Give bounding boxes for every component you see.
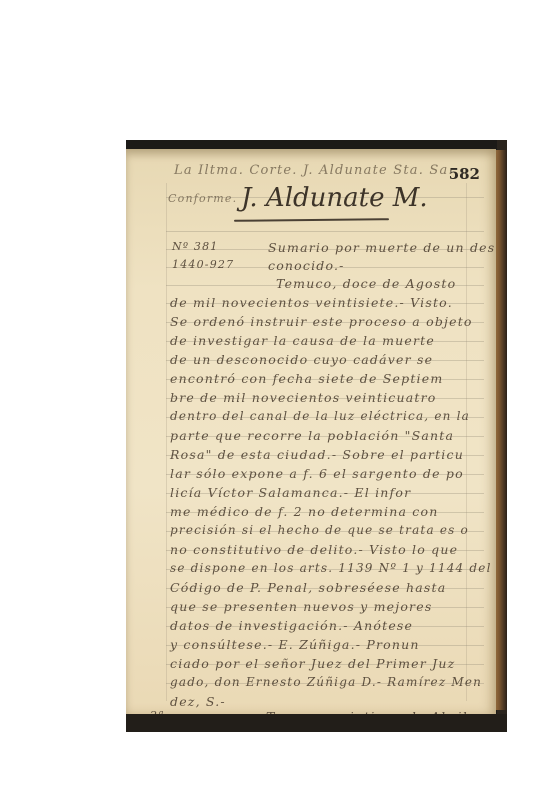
body-line: de mil novecientos veintisiete.- Visto.: [170, 295, 453, 310]
body-line: Rosa" de esta ciudad.- Sobre el particu: [170, 447, 464, 462]
body-line: conocido.-: [268, 258, 345, 273]
book-bottom-shadow: [126, 714, 507, 732]
ruled-line: [166, 231, 484, 232]
body-line: bre de mil novecientos veinticuatro: [170, 390, 437, 405]
body-line: parte que recorre la población "Santa: [170, 428, 454, 443]
margin-entry-number: Nº 381: [172, 240, 219, 253]
body-line: dez, S.-: [170, 694, 226, 709]
body-line: encontró con fecha siete de Septiem: [170, 371, 443, 386]
body-line: se dispone en los arts. 1139 Nº 1 y 1144…: [170, 561, 492, 575]
body-line: Temuco, doce de Agosto: [276, 276, 456, 291]
body-line: Código de P. Penal, sobreséese hasta: [170, 580, 446, 595]
body-line: no constitutivo de delito.- Visto lo que: [170, 542, 458, 557]
body-line: me médico de f. 2 no determina con: [170, 504, 438, 519]
body-line: Sumario por muerte de un des: [268, 240, 495, 255]
signature-underline: [234, 218, 389, 222]
body-line: licía Víctor Salamanca.- El infor: [170, 485, 411, 500]
body-line: que se presenten nuevos y mejores: [170, 599, 432, 614]
body-line: de investigar la causa de la muerte: [170, 333, 435, 348]
margin-line: [166, 183, 167, 701]
margin-line: [466, 183, 467, 701]
body-line: y consúltese.- E. Zúñiga.- Pronun: [170, 637, 420, 652]
ledger-page: 582 La Iltma. Corte. J. Aldunate Sta. Sa…: [126, 149, 496, 714]
body-line: gado, don Ernesto Zúñiga D.- Ramírez Men: [170, 675, 482, 689]
body-line: lar sólo expone a f. 6 el sargento de po: [170, 466, 464, 481]
header-line: Conforme.: [168, 192, 237, 205]
document-photo: 582 La Iltma. Corte. J. Aldunate Sta. Sa…: [126, 140, 507, 732]
margin-entry-code: 1440-927: [172, 258, 234, 271]
body-line: Se ordenó instruir este proceso a objeto: [170, 314, 473, 329]
signature: J. Aldunate M.: [241, 183, 428, 213]
body-line: dentro del canal de la luz eléctrica, en…: [170, 409, 470, 423]
body-line: ciado por el señor Juez del Primer Juz: [170, 656, 455, 671]
body-line: datos de investigación.- Anótese: [170, 618, 413, 633]
header-line: La Iltma. Corte. J. Aldunate Sta. Sa.: [174, 163, 454, 178]
body-line: de un desconocido cuyo cadáver se: [170, 352, 433, 367]
body-line: precisión si el hecho de que se trata es…: [170, 523, 469, 537]
